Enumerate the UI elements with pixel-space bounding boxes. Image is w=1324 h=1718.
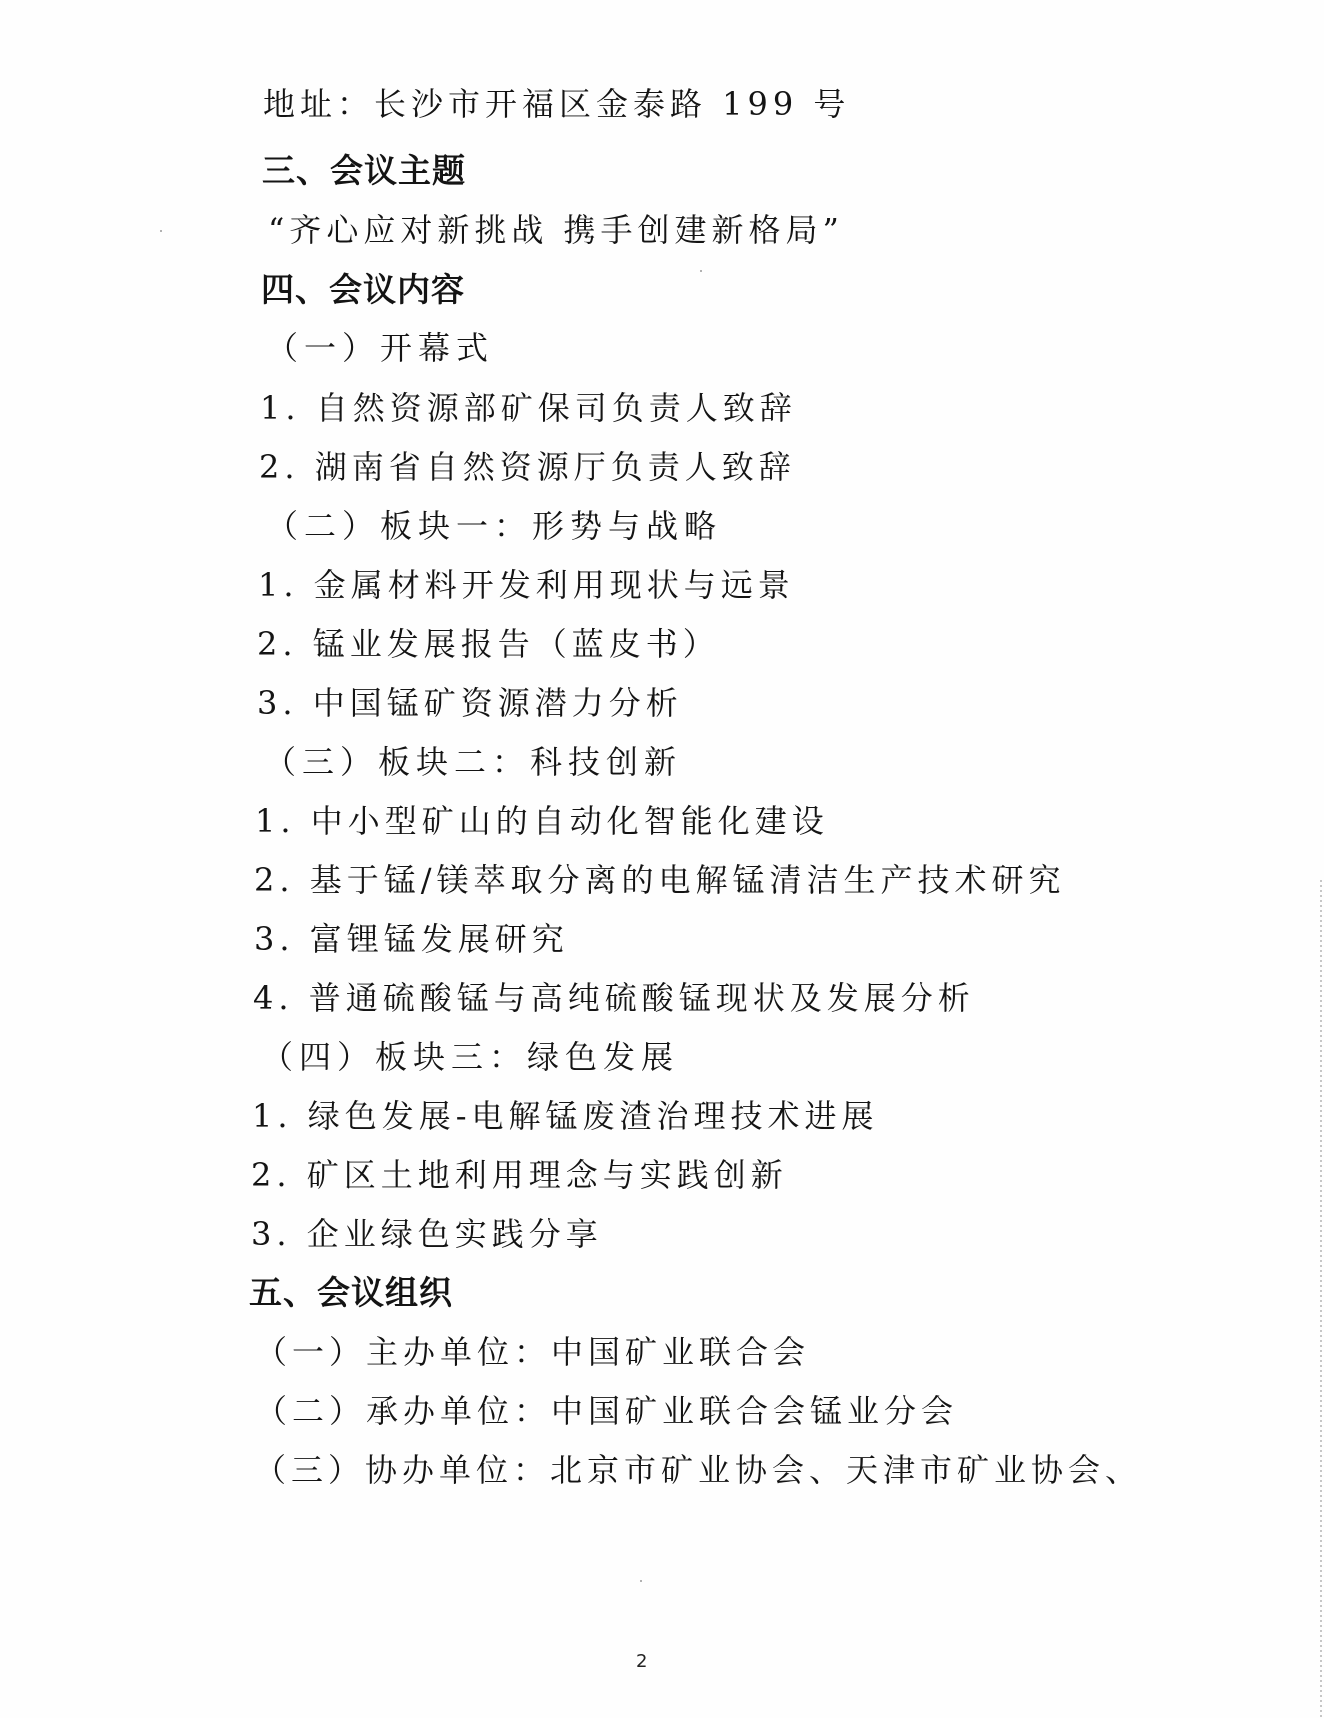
list-item: 4. 普通硫酸锰与高纯硫酸锰现状及发展分析: [253, 978, 975, 1018]
list-item: 3. 富锂锰发展研究: [254, 919, 569, 959]
scan-edge-artifact: [1320, 880, 1322, 1718]
subsection-block-two: （三）板块二：科技创新: [264, 742, 682, 782]
scan-speck: [700, 270, 702, 272]
organizer-co-organizer: （三）协办单位：北京市矿业协会、天津市矿业协会、: [254, 1450, 1142, 1490]
subsection-block-three: （四）板块三：绿色发展: [261, 1037, 679, 1077]
organizer-undertaker: （二）承办单位：中国矿业联合会锰业分会: [255, 1391, 958, 1431]
scan-speck: [160, 230, 162, 232]
list-item: 1. 绿色发展-电解锰废渣治理技术进展: [252, 1096, 879, 1136]
list-item: 3. 中国锰矿资源潜力分析: [257, 683, 683, 723]
section-heading-content: 四、会议内容: [261, 270, 465, 310]
organizer-host: （一）主办单位：中国矿业联合会: [255, 1332, 810, 1372]
scan-speck: [640, 1580, 642, 1582]
list-item: 1. 金属材料开发利用现状与远景: [258, 565, 795, 605]
list-item: 2. 矿区土地利用理念与实践创新: [251, 1155, 788, 1195]
section-heading-organization: 五、会议组织: [249, 1273, 453, 1313]
section-heading-theme: 三、会议主题: [262, 151, 466, 191]
subsection-block-one: （二）板块一：形势与战略: [266, 506, 722, 546]
address-line: 地址：长沙市开福区金泰路 199 号: [263, 84, 850, 124]
list-item: 2. 锰业发展报告（蓝皮书）: [257, 624, 720, 664]
document-page: 地址：长沙市开福区金泰路 199 号 三、会议主题 “齐心应对新挑战 携手创建新…: [0, 0, 1324, 1718]
subsection-opening: （一）开幕式: [266, 328, 494, 368]
list-item: 2. 基于锰/镁萃取分离的电解锰清洁生产技术研究: [254, 860, 1066, 900]
list-item: 1. 自然资源部矿保司负责人致辞: [260, 388, 797, 428]
theme-slogan: “齐心应对新挑战 携手创建新格局”: [268, 210, 844, 250]
list-item: 1. 中小型矿山的自动化智能化建设: [255, 801, 829, 841]
list-item: 3. 企业绿色实践分享: [251, 1214, 603, 1254]
page-number: 2: [636, 1650, 647, 1674]
list-item: 2. 湖南省自然资源厅负责人致辞: [259, 447, 796, 487]
